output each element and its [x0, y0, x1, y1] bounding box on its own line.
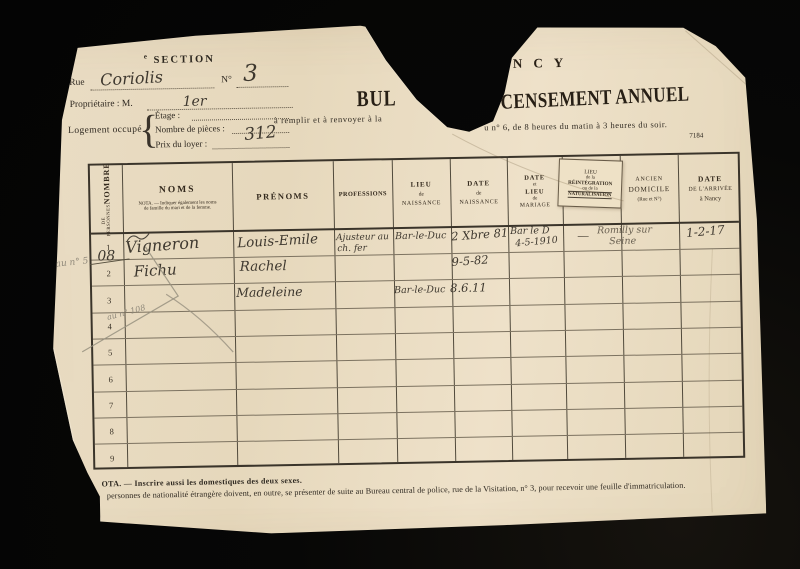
rue-value: Coriolis	[100, 67, 164, 89]
row-number: 3	[100, 295, 118, 305]
row2-date-naissance: 9-5-82	[451, 252, 489, 269]
numero-label: N°	[221, 75, 232, 85]
paper-rotation-wrapper: e SECTION Rue Coriolis N° 3 Propriétaire…	[0, 0, 800, 569]
row3-prenom: Madeleine	[236, 284, 303, 300]
loyer-label: Prix du loyer :	[155, 139, 207, 150]
ancien-domicile-l1: ANCIEN	[635, 176, 663, 183]
row-line	[93, 353, 741, 366]
subtitle-line1: à remplir et à renvoyer à la	[274, 113, 383, 125]
header-professions: PROFESSIONS	[333, 160, 393, 228]
row2-nom: Fichu	[133, 260, 177, 280]
row-line	[95, 432, 743, 445]
row1-date-arrivee: 1-2-17	[686, 223, 726, 240]
date-naissance-l3: NAISSANCE	[459, 199, 498, 206]
mariage-l5: MARIAGE	[520, 202, 551, 209]
professions-title: PROFESSIONS	[339, 190, 387, 198]
ancien-domicile-l2: DOMICILE	[628, 185, 670, 194]
nombre-title: NOMBRE	[101, 162, 111, 204]
row-line	[93, 327, 741, 340]
census-table: NOMBRE DE PERSONNES NOMS NOTA. — Indique…	[88, 152, 745, 470]
title-fragment-left: BUL	[356, 85, 396, 112]
row1-prenom: Louis-Emile	[237, 231, 319, 251]
header-date-naissance: DATE de NAISSANCE	[450, 158, 508, 226]
row1-mariage-l2: 4-5-1910	[515, 235, 558, 250]
margin-count-ink: 08	[97, 248, 115, 264]
row3-date-naissance: 8.6.11	[450, 280, 487, 295]
header-noms: NOMS NOTA. — Indiquer également les noms…	[122, 163, 233, 232]
header-nombre: NOMBRE DE PERSONNES	[90, 165, 123, 233]
row-line	[94, 380, 742, 393]
arrivee-l3: à Nancy	[700, 195, 722, 202]
row-line	[92, 301, 740, 314]
etage-label: Étage :	[155, 110, 180, 120]
noms-title: NOMS	[159, 184, 196, 195]
loyer-line	[212, 147, 289, 149]
subtitle-line2: u n° 6, de 8 heures du matin à 3 heures …	[484, 119, 667, 132]
scan-background: e SECTION Rue Coriolis N° 3 Propriétaire…	[0, 0, 800, 569]
row1-reintegration-dash: —	[577, 229, 589, 243]
row-number: 6	[102, 374, 120, 384]
header-arrivee: DATE DE L'ARRIVÉE à Nancy	[678, 154, 743, 222]
date-naissance-l2: de	[476, 190, 481, 196]
section-heading: e SECTION	[144, 51, 215, 66]
margin-pencil-note: au n° 5	[55, 256, 89, 269]
prenoms-title: PRÉNOMS	[256, 190, 309, 201]
header-ancien-domicile: ANCIEN DOMICILE (Rue et N°)	[620, 155, 679, 223]
row-number: 7	[102, 400, 120, 410]
row1-ancien-domicile-l1: Romilly sur	[597, 224, 652, 236]
lieu-naissance-l2: de	[419, 191, 424, 197]
arrivee-l2: DE L'ARRIVÉE	[688, 185, 732, 192]
row1-ancien-domicile-l2: Seine	[609, 236, 636, 247]
row2-prenom: Rachel	[240, 258, 287, 275]
city-name-fragment: NCY	[513, 55, 574, 72]
row-number: 9	[103, 453, 121, 463]
etage-value: 1er	[182, 94, 206, 110]
section-sup: e	[144, 53, 149, 61]
row-number: 8	[103, 426, 121, 436]
footer-nota-line1: OTA. — Inscrire aussi les domestiques de…	[102, 476, 303, 489]
form-number: 7184	[689, 131, 703, 139]
ancien-domicile-l3: (Rue et N°)	[637, 196, 661, 202]
row-line	[94, 406, 742, 419]
header-lieu-naissance: LIEU de NAISSANCE	[392, 159, 451, 227]
row1-nom: Vigneron	[125, 233, 200, 257]
row1-lieu-naissance: Bar-le-Duc	[395, 230, 447, 242]
header-mariage: DATE et LIEU de MARIAGE	[507, 157, 563, 225]
mariage-l3: LIEU	[525, 188, 544, 195]
row1-profession-l1: Ajusteur au	[336, 232, 389, 243]
row-number: 4	[101, 321, 119, 331]
sticker-l5: NATURALISATION	[568, 190, 611, 198]
rue-label: Rue	[69, 78, 84, 88]
proprietaire-label: Propriétaire : M.	[70, 99, 133, 110]
logement-label: Logement occupé	[68, 125, 142, 136]
row1-profession-l2: ch. fer	[337, 244, 367, 255]
reintegration-sticker: LIEU de la RÉINTÉGRATION ou de la NATURA…	[557, 158, 623, 208]
title-fragment-right: CENSEMENT ANNUEL	[500, 82, 690, 115]
pieces-label: Nombre de pièces :	[155, 123, 225, 134]
arrivee-l1: DATE	[698, 174, 722, 183]
mariage-l4: de	[533, 196, 538, 201]
row-number: 2	[100, 268, 118, 278]
row-number: 5	[101, 347, 119, 357]
census-form-paper: e SECTION Rue Coriolis N° 3 Propriétaire…	[0, 0, 800, 569]
row1-date-naissance: 2 Xbre 81	[451, 226, 509, 244]
mariage-l2: et	[533, 182, 537, 187]
mariage-l1: DATE	[524, 174, 545, 181]
header-prenoms: PRÉNOMS	[232, 161, 334, 230]
lieu-naissance-l1: LIEU	[411, 180, 432, 188]
section-label: SECTION	[153, 54, 214, 66]
numero-value: 3	[243, 61, 258, 87]
nombre-subtitle: DE PERSONNES	[101, 204, 112, 236]
loyer-value: 312	[243, 122, 277, 145]
row3-lieu-naissance: Bar-le-Duc	[394, 284, 446, 296]
noms-nota-line2: de famille du mari et de la femme.	[144, 205, 211, 211]
date-naissance-l1: DATE	[467, 179, 490, 187]
lieu-naissance-l3: NAISSANCE	[402, 200, 441, 207]
